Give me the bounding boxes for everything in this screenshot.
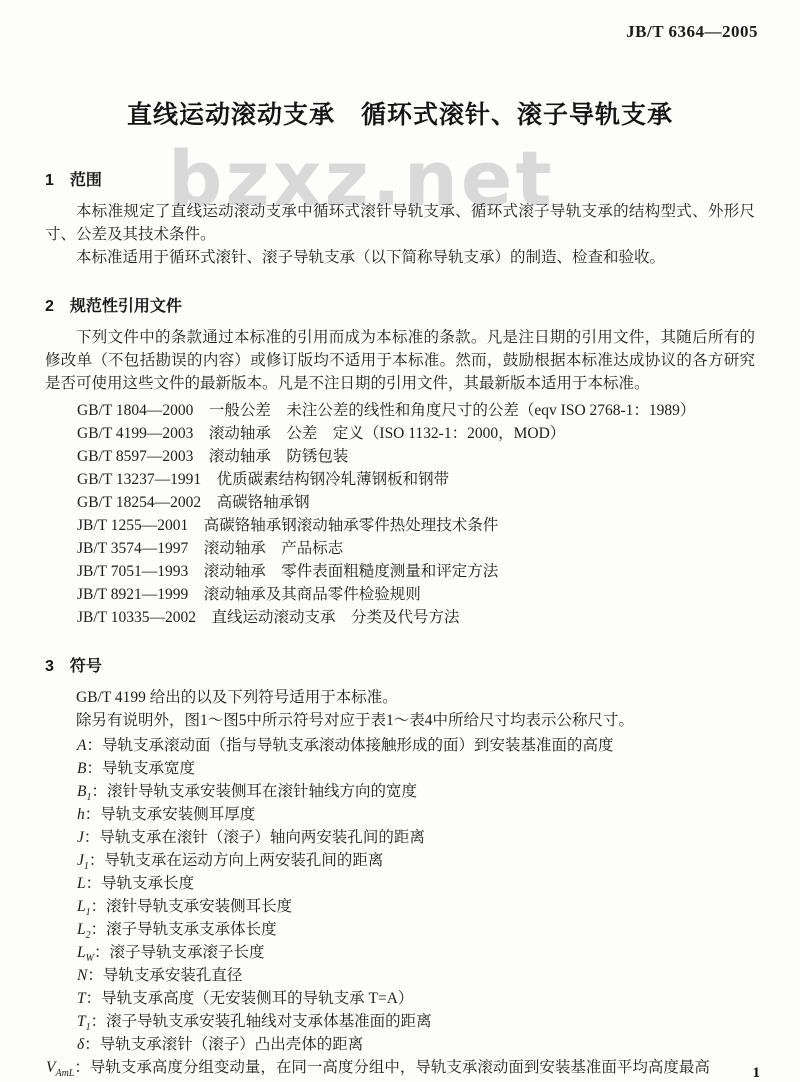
symbol-description: ：导轨支承滚针（滚子）凸出壳体的距离 xyxy=(84,1036,363,1053)
page-content: 直线运动滚动支承 循环式滚针、滚子导轨支承 1 范围 本标准规定了直线运动滚动支… xyxy=(0,0,800,1079)
symbol-item: N：导轨支承安装孔直径 xyxy=(77,964,755,987)
document-page: bzxz.net JB/T 6364—2005 直线运动滚动支承 循环式滚针、滚… xyxy=(0,0,800,1082)
standard-code: JB/T 6364—2005 xyxy=(626,22,758,42)
symbol-item: A：导轨支承滚动面（指与导轨支承滚动体接触形成的面）到安装基准面的高度 xyxy=(77,734,755,757)
symbol-letter: L xyxy=(77,898,86,915)
symbol-letter: J xyxy=(77,852,84,869)
paragraph: GB/T 4199 给出的以及下列符号适用于本标准。 xyxy=(45,686,755,709)
symbol-item: L1：滚针导轨支承安装侧耳长度 xyxy=(77,895,755,918)
symbol-description: ：滚子导轨支承滚子长度 xyxy=(94,944,265,961)
symbol-description: ：滚子导轨支承安装孔轴线对支承体基准面的距离 xyxy=(91,1013,432,1030)
reference-item: GB/T 18254—2002 高碳铬轴承钢 xyxy=(77,491,755,514)
reference-item: JB/T 1255—2001 高碳铬轴承钢滚动轴承零件热处理技术条件 xyxy=(77,514,755,537)
symbol-description: ：滚针导轨支承安装侧耳在滚针轴线方向的宽度 xyxy=(91,783,417,800)
paragraph: 本标准适用于循环式滚针、滚子导轨支承（以下简称导轨支承）的制造、检查和验收。 xyxy=(45,246,755,269)
reference-item: GB/T 1804—2000 一般公差 未注公差的线性和角度尺寸的公差（eqv … xyxy=(77,399,755,422)
reference-item: JB/T 10335—2002 直线运动滚动支承 分类及代号方法 xyxy=(77,606,755,629)
reference-list: GB/T 1804—2000 一般公差 未注公差的线性和角度尺寸的公差（eqv … xyxy=(45,399,755,629)
symbol-item: LW：滚子导轨支承滚子长度 xyxy=(77,941,755,964)
reference-item: GB/T 13237—1991 优质碳素结构钢冷轧薄钢板和钢带 xyxy=(77,468,755,491)
symbol-item: δ：导轨支承滚针（滚子）凸出壳体的距离 xyxy=(77,1033,755,1056)
symbol-item: L2：滚子导轨支承支承体长度 xyxy=(77,918,755,941)
symbol-description: ：导轨支承安装侧耳厚度 xyxy=(85,806,256,823)
symbol-description: ：导轨支承在运动方向上两安装孔间的距离 xyxy=(89,852,384,869)
symbol-item: B：导轨支承宽度 xyxy=(77,757,755,780)
paragraph: 除另有说明外，图1～图5中所示符号对应于表1～表4中所给尺寸均表示公称尺寸。 xyxy=(45,709,755,732)
reference-item: GB/T 4199—2003 滚动轴承 公差 定义（ISO 1132-1：200… xyxy=(77,422,755,445)
symbol-description: ：导轨支承长度 xyxy=(86,875,195,892)
symbol-letter: J xyxy=(77,829,84,846)
section-heading-symbols: 3 符号 xyxy=(45,653,755,676)
symbol-description: ：滚子导轨支承支承体长度 xyxy=(91,921,277,938)
symbol-letter: L xyxy=(77,875,86,892)
symbol-item: J1：导轨支承在运动方向上两安装孔间的距离 xyxy=(77,849,755,872)
section-heading-scope: 1 范围 xyxy=(45,167,755,190)
symbol-description: ：滚针导轨支承安装侧耳长度 xyxy=(91,898,293,915)
symbol-item: T：导轨支承高度（无安装侧耳的导轨支承 T=A） xyxy=(77,987,755,1010)
symbol-item: T1：滚子导轨支承安装孔轴线对支承体基准面的距离 xyxy=(77,1010,755,1033)
symbol-subscript: AmL xyxy=(55,1068,74,1079)
reference-item: JB/T 3574—1997 滚动轴承 产品标志 xyxy=(77,537,755,560)
symbol-item: VAmL：导轨支承高度分组变动量，在同一高度分组中，导轨支承滚动面到安装基准面平… xyxy=(46,1056,755,1079)
symbol-letter: h xyxy=(77,806,85,823)
symbol-item: J：导轨支承在滚针（滚子）轴向两安装孔间的距离 xyxy=(77,826,755,849)
symbol-description: ：导轨支承高度分组变动量，在同一高度分组中，导轨支承滚动面到安装基准面平均高度最… xyxy=(74,1059,710,1076)
symbol-subscript: W xyxy=(86,953,94,964)
symbol-letter: N xyxy=(77,967,87,984)
paragraph: 本标准规定了直线运动滚动支承中循环式滚针导轨支承、循环式滚子导轨支承的结构型式、… xyxy=(45,200,755,246)
symbol-item: L：导轨支承长度 xyxy=(77,872,755,895)
reference-item: JB/T 8921—1999 滚动轴承及其商品零件检验规则 xyxy=(77,583,755,606)
symbol-item: h：导轨支承安装侧耳厚度 xyxy=(77,803,755,826)
section-heading-normative-references: 2 规范性引用文件 xyxy=(45,293,755,316)
reference-item: JB/T 7051—1993 滚动轴承 零件表面粗糙度测量和评定方法 xyxy=(77,560,755,583)
symbol-letter: L xyxy=(77,921,86,938)
page-number: 1 xyxy=(753,1065,761,1082)
reference-item: GB/T 8597—2003 滚动轴承 防锈包装 xyxy=(77,445,755,468)
symbol-list: A：导轨支承滚动面（指与导轨支承滚动体接触形成的面）到安装基准面的高度 B：导轨… xyxy=(45,734,755,1079)
symbol-letter: T xyxy=(77,1013,86,1030)
symbol-description: ：导轨支承高度（无安装侧耳的导轨支承 T=A） xyxy=(86,990,414,1007)
symbol-description: ：导轨支承安装孔直径 xyxy=(87,967,242,984)
paragraph: 下列文件中的条款通过本标准的引用而成为本标准的条款。凡是注日期的引用文件，其随后… xyxy=(45,326,755,395)
symbol-item: B1：滚针导轨支承安装侧耳在滚针轴线方向的宽度 xyxy=(77,780,755,803)
symbol-letter: L xyxy=(77,944,86,961)
symbol-letter: T xyxy=(77,990,86,1007)
symbol-description: ：导轨支承滚动面（指与导轨支承滚动体接触形成的面）到安装基准面的高度 xyxy=(86,737,613,754)
document-title: 直线运动滚动支承 循环式滚针、滚子导轨支承 xyxy=(45,95,755,131)
symbol-description: ：导轨支承宽度 xyxy=(86,760,195,777)
symbol-description: ：导轨支承在滚针（滚子）轴向两安装孔间的距离 xyxy=(84,829,425,846)
